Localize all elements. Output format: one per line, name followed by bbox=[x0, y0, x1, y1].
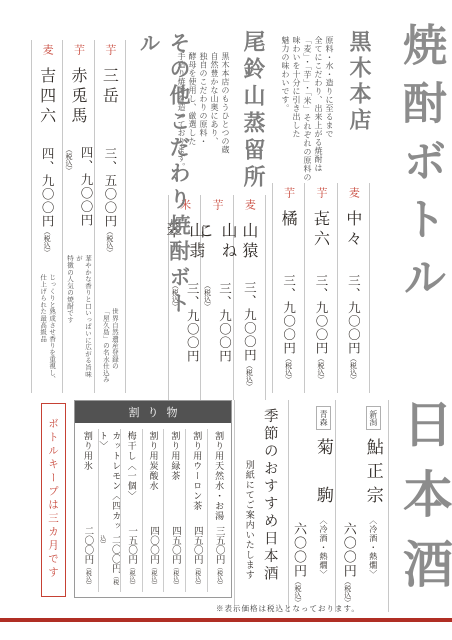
tax-note: （税込） bbox=[106, 228, 114, 256]
tax-note: （税込） bbox=[194, 564, 201, 588]
item-price: 四、九〇〇円（税込） bbox=[38, 147, 56, 256]
seasonal-sake-notice: 季節のおすすめ日本酒 別紙にてご案内いたします bbox=[235, 400, 289, 612]
item-price: 三、九〇〇円（税込） bbox=[312, 274, 330, 387]
menu-item-yamaneko: 芋 山ねこ 三、九〇〇円（税込） bbox=[201, 195, 233, 400]
price-text: 四五〇円 bbox=[170, 526, 181, 564]
item-name: 梅干し〈一個〉 bbox=[125, 431, 138, 501]
sake-item-kikukoma: 青森 菊 駒 〈冷酒・熱燗〉 六〇〇円（税込） bbox=[289, 400, 336, 612]
price-text: 三、五〇〇円 bbox=[103, 147, 118, 228]
sake-name: 鮎正宗 bbox=[361, 438, 386, 510]
sake-item-main: 青森 菊 駒 〈冷酒・熱燗〉 bbox=[311, 406, 336, 612]
sake-item-main: 新潟 鮎正宗 〈冷酒・熱燗〉 bbox=[361, 406, 386, 612]
tax-note: （税込） bbox=[349, 355, 357, 383]
item-name: 山猿 bbox=[238, 222, 261, 262]
warimono-item-ice: 割り用氷 二〇〇円（税込） bbox=[77, 429, 98, 592]
price-text: 三五〇円 bbox=[214, 526, 225, 564]
sake-price: 六〇〇円（税込） bbox=[289, 522, 308, 612]
sake-price: 六〇〇円（税込） bbox=[339, 522, 358, 612]
category-label: 芋 bbox=[313, 187, 329, 198]
sake-name: 菊 駒 bbox=[311, 438, 336, 510]
brand-name-osuzuyama: 尾鈴山蒸留所 bbox=[238, 30, 269, 202]
warimono-item-water: 割り用天然水・お湯 三五〇円（税込） bbox=[207, 429, 229, 592]
warimono-item-greentea: 割り用緑茶 四五〇円（税込） bbox=[163, 429, 185, 592]
brand-name-kurogi-honten: 黒木本店 bbox=[344, 30, 375, 150]
item-price: 四〇〇円（税込） bbox=[146, 526, 160, 588]
price-text: 四〇〇円 bbox=[148, 526, 159, 564]
item-price: 三五〇円（税込） bbox=[212, 526, 226, 588]
item-price: 四、九〇〇円（税込） bbox=[62, 146, 95, 254]
bottom-divider-line bbox=[0, 618, 452, 622]
item-name: 割り用ウーロン茶 bbox=[190, 431, 203, 511]
menu-item-tachibana: 芋 橘 三、九〇〇円（税込） bbox=[273, 183, 305, 393]
price-text: 四五〇円 bbox=[192, 526, 203, 564]
warimono-item-list: 割り用天然水・お湯 三五〇円（税込） 割り用ウーロン茶 四五〇円（税込） 割り用… bbox=[75, 423, 231, 598]
brand-description-kurogi-honten: 原料・水・造りに至るまで 全てにこだわり、出来上がる焼酎は 「麦」・「芋」・「米… bbox=[280, 36, 335, 188]
tax-note: （税込） bbox=[172, 564, 179, 588]
tax-included-note: ※表示価格は税込となっております。 bbox=[216, 603, 360, 614]
item-price: 三、九〇〇円（税込） bbox=[344, 274, 362, 387]
item-description: 世界自然遺産登録の 「屋久島」の名水仕込み bbox=[101, 308, 119, 387]
item-price: 三、九〇〇円（税込） bbox=[201, 282, 234, 394]
tax-note: （税込） bbox=[43, 228, 51, 256]
tax-note: （税込） bbox=[150, 564, 157, 588]
other-shochu-item-list: 芋 三岳 三、五〇〇円（税込） 世界自然遺産登録の 「屋久島」の名水仕込み 芋 … bbox=[31, 40, 126, 393]
sake-item-list: 新潟 鮎正宗 〈冷酒・熱燗〉 六〇〇円（税込） 青森 菊 駒 〈冷酒・熱燗〉 六… bbox=[234, 400, 389, 612]
price-text: 四、九〇〇円 bbox=[79, 146, 94, 227]
warimono-box: 割り物 割り用天然水・お湯 三五〇円（税込） 割り用ウーロン茶 四五〇円（税込）… bbox=[74, 400, 232, 598]
menu-item-kiccho-mu: 麦 吉四六 四、九〇〇円（税込） じっくりと熟成させ香りを重視し、 仕上げられた… bbox=[32, 40, 63, 393]
warimono-item-cutlemon: カットレモン〈四カット〉 二〇〇円（税込） bbox=[98, 429, 120, 592]
warimono-item-soda: 割り用炭酸水 四〇〇円（税込） bbox=[142, 429, 164, 592]
shochu-section-title: 焼酎ボトル bbox=[388, 22, 452, 324]
tax-note: （税込） bbox=[216, 564, 223, 588]
category-label: 麦 bbox=[241, 199, 257, 210]
item-name: 三岳 bbox=[98, 67, 121, 143]
tax-note: （税込） bbox=[317, 355, 325, 383]
item-name: 割り用氷 bbox=[81, 431, 94, 471]
sake-serving-note: 〈冷酒・熱燗〉 bbox=[318, 516, 329, 579]
menu-item-nakanaka: 麦 中々 三、九〇〇円（税込） bbox=[338, 183, 370, 393]
item-price: 三、九〇〇円（税込） bbox=[240, 281, 258, 394]
tax-note: （税込） bbox=[204, 282, 212, 310]
tax-note: （税込） bbox=[245, 362, 253, 390]
price-text: 三、九〇〇円 bbox=[218, 282, 233, 363]
item-name: 割り用緑茶 bbox=[168, 431, 181, 481]
item-description: 華やかな香りと口いっぱいに広がる旨味が 特徴の人気の焼酎です bbox=[65, 255, 92, 387]
item-name: カットレモン〈四カット〉 bbox=[96, 431, 122, 535]
menu-item-mitake: 芋 三岳 三、五〇〇円（税込） 世界自然遺産登録の 「屋久島」の名水仕込み bbox=[95, 40, 126, 393]
tax-note: （税込） bbox=[84, 564, 91, 588]
bottle-keep-notice: ボトルキープは三カ月です bbox=[41, 403, 66, 597]
category-label: 芋 bbox=[71, 44, 87, 55]
menu-item-kiroku: 芋 㐂六 三、九〇〇円（税込） bbox=[305, 183, 337, 393]
tax-note: （税込） bbox=[294, 578, 302, 606]
category-label: 芋 bbox=[281, 187, 297, 198]
item-name: 吉四六 bbox=[36, 67, 59, 143]
price-text: 三、九〇〇円 bbox=[346, 274, 361, 355]
sake-item-ayumasamune: 新潟 鮎正宗 〈冷酒・熱燗〉 六〇〇円（税込） bbox=[336, 400, 389, 612]
section-title-other-shochu: その他こだわり焼酎ボトル bbox=[134, 32, 194, 322]
kurogi-item-list: 麦 中々 三、九〇〇円（税込） 芋 㐂六 三、九〇〇円（税込） 芋 橘 三、九〇… bbox=[272, 183, 370, 393]
region-badge: 青森 bbox=[316, 406, 331, 430]
item-price: 三、九〇〇円（税込） bbox=[280, 274, 298, 387]
item-price: 二〇〇円（税込） bbox=[80, 526, 94, 588]
price-text: 三、九〇〇円 bbox=[282, 274, 297, 355]
price-text: 六〇〇円 bbox=[341, 522, 356, 578]
tax-note: （税込） bbox=[65, 146, 73, 174]
item-price: 三、五〇〇円（税込） bbox=[101, 147, 119, 256]
izakaya-drink-menu: 焼酎ボトル 黒木本店 原料・水・造りに至るまで 全てにこだわり、出来上がる焼酎は… bbox=[0, 0, 452, 640]
seasonal-sake-title: 季節のおすすめ日本酒 bbox=[260, 408, 281, 612]
price-text: 一五〇円 bbox=[126, 526, 137, 564]
item-name: 㐂六 bbox=[310, 210, 333, 250]
price-text: 四、九〇〇円 bbox=[40, 147, 55, 228]
item-price: 一五〇円（税込） bbox=[124, 526, 138, 588]
warimono-header: 割り物 bbox=[75, 401, 231, 423]
price-text: 六〇〇円 bbox=[291, 522, 306, 578]
tax-note: （税込） bbox=[344, 578, 352, 606]
item-price: 四五〇円（税込） bbox=[190, 526, 204, 588]
price-text: 三、九〇〇円 bbox=[314, 274, 329, 355]
seasonal-sake-note: 別紙にてご案内いたします bbox=[243, 460, 256, 612]
menu-item-yamazaru: 麦 山猿 三、九〇〇円（税込） bbox=[234, 195, 266, 400]
price-text: 二〇〇円 bbox=[82, 526, 93, 564]
item-name: 割り用炭酸水 bbox=[146, 431, 159, 491]
tax-note: （税込） bbox=[285, 355, 293, 383]
item-name: 割り用天然水・お湯 bbox=[212, 431, 225, 521]
price-text: 三、九〇〇円 bbox=[242, 281, 257, 362]
category-label: 芋 bbox=[209, 199, 225, 210]
item-name: 赤兎馬 bbox=[67, 67, 90, 142]
item-price: 二〇〇円（税込） bbox=[97, 535, 122, 588]
item-price: 四五〇円（税込） bbox=[168, 526, 182, 588]
tax-note: （税込） bbox=[128, 564, 135, 588]
menu-item-sekitoba: 芋 赤兎馬 四、九〇〇円（税込） 華やかな香りと口いっぱいに広がる旨味が 特徴の… bbox=[63, 40, 94, 393]
sake-serving-note: 〈冷酒・熱燗〉 bbox=[368, 516, 379, 579]
sake-section-title: 日本酒 bbox=[388, 398, 452, 614]
category-label: 麦 bbox=[345, 187, 361, 198]
item-name: 橘 bbox=[277, 210, 300, 230]
category-label: 芋 bbox=[102, 44, 118, 55]
warimono-item-umeboshi: 梅干し〈一個〉 一五〇円（税込） bbox=[120, 429, 142, 592]
region-badge: 新潟 bbox=[366, 406, 381, 430]
item-description: じっくりと熟成させ香りを重視し、 仕上げられた最高級品 bbox=[38, 274, 56, 387]
bottle-keep-text: ボトルキープは三カ月です bbox=[46, 418, 61, 596]
warimono-item-oolong: 割り用ウーロン茶 四五〇円（税込） bbox=[185, 429, 207, 592]
category-label: 麦 bbox=[39, 44, 55, 55]
item-name: 中々 bbox=[342, 210, 365, 250]
